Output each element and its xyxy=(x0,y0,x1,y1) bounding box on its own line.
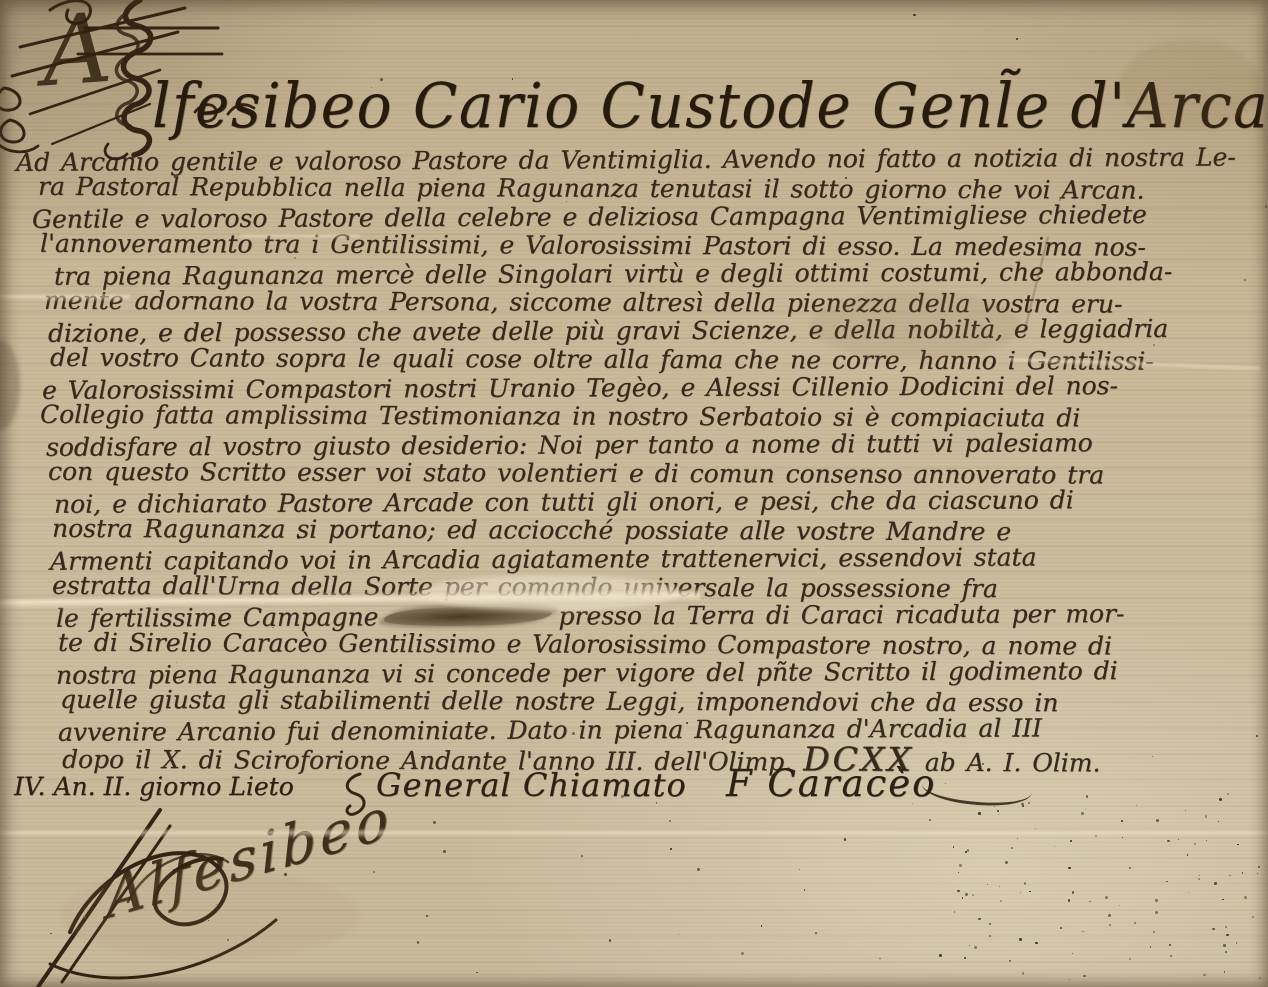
ink-speck xyxy=(1236,942,1238,944)
ink-speck xyxy=(1214,882,1216,884)
ink-speck xyxy=(1129,867,1131,869)
ink-speck xyxy=(879,958,880,959)
ink-speck xyxy=(958,872,959,873)
ink-speck xyxy=(959,864,961,866)
ink-speck xyxy=(1000,900,1002,902)
ink-speck xyxy=(1016,38,1018,40)
ink-speck xyxy=(1105,896,1108,899)
ink-speck xyxy=(957,890,960,893)
ink-speck xyxy=(1134,922,1136,924)
ink-speck xyxy=(965,893,967,895)
ink-speck xyxy=(799,869,801,871)
ink-speck xyxy=(1068,867,1071,870)
ink-speck xyxy=(1022,972,1024,974)
ink-speck xyxy=(1178,839,1179,840)
ink-speck xyxy=(978,918,981,921)
manuscript-page: A lfesibeo Cario Custode Genl̃e d'Arcadi… xyxy=(0,0,1268,987)
ink-speck xyxy=(969,945,970,946)
ink-speck xyxy=(1070,840,1072,842)
ink-speck xyxy=(964,957,966,959)
ink-speck xyxy=(1153,931,1155,933)
ink-speck xyxy=(987,884,988,885)
ink-speck xyxy=(954,911,956,913)
ink-speck xyxy=(1108,914,1111,917)
ink-speck xyxy=(670,848,671,849)
ink-speck xyxy=(1223,944,1225,946)
signature: Alfesibeo xyxy=(8,782,438,987)
ink-speck xyxy=(1011,847,1013,849)
ink-speck xyxy=(1229,875,1231,877)
ink-speck xyxy=(953,846,954,847)
ink-speck xyxy=(1252,916,1254,918)
ink-speck xyxy=(1194,843,1196,845)
ink-speck xyxy=(697,868,700,871)
ink-speck xyxy=(1242,872,1244,874)
line-17-after: presso la Terra di Caraci ricaduta per m… xyxy=(558,599,1124,630)
ink-speck xyxy=(678,934,679,935)
ink-speck xyxy=(1187,854,1189,856)
closing-name: F Caracèo xyxy=(726,762,936,805)
ink-speck xyxy=(1150,946,1151,947)
ink-speck xyxy=(815,932,817,934)
ink-speck xyxy=(967,849,970,852)
ink-speck xyxy=(1009,960,1010,961)
ink-speck xyxy=(1244,896,1247,899)
ink-speck xyxy=(1072,891,1075,894)
ink-speck xyxy=(989,923,992,926)
body-text: Ad Arcanio gentile e valoroso Pastore da… xyxy=(14,146,1268,773)
ink-speck xyxy=(913,14,915,16)
ink-speck xyxy=(1068,899,1070,901)
ink-speck xyxy=(1199,875,1200,876)
ink-speck xyxy=(1222,899,1223,900)
ink-speck xyxy=(974,946,977,949)
ink-speck xyxy=(443,850,446,853)
ink-speck xyxy=(1167,840,1170,843)
ink-speck xyxy=(1166,881,1167,882)
ink-speck xyxy=(1089,901,1091,903)
ink-speck xyxy=(1188,892,1189,893)
ink-speck xyxy=(972,894,974,896)
ink-speck xyxy=(1082,931,1084,933)
ink-speck xyxy=(1019,938,1022,941)
ink-speck xyxy=(1024,882,1026,884)
ink-speck xyxy=(1005,861,1008,864)
ink-speck xyxy=(804,889,806,891)
ink-speck xyxy=(1060,927,1062,929)
ink-speck xyxy=(1119,905,1120,906)
ink-speck xyxy=(1155,911,1158,914)
ink-speck xyxy=(1169,944,1170,945)
ink-speck xyxy=(989,935,991,937)
ink-speck xyxy=(1020,892,1021,893)
ink-speck xyxy=(761,925,763,927)
ink-speck xyxy=(1155,899,1158,902)
ink-speck xyxy=(999,886,1000,887)
text-line: avvenire Arcanio fui denominiate. Dato i… xyxy=(58,713,1268,747)
ink-speck xyxy=(1225,951,1227,953)
ink-speck xyxy=(1129,958,1131,960)
ink-speck xyxy=(1206,840,1208,842)
ink-speck xyxy=(1198,878,1200,880)
ink-speck xyxy=(1035,942,1038,945)
ink-speck xyxy=(1259,977,1261,979)
ink-speck xyxy=(1083,975,1085,977)
ink-speck xyxy=(1203,974,1205,976)
document-title: lfesibeo Cario Custode Genl̃e d'Arcadia xyxy=(152,70,1268,142)
ink-speck xyxy=(965,851,967,853)
ink-speck xyxy=(1054,846,1055,847)
ink-speck xyxy=(609,939,612,942)
ink-speck xyxy=(1017,838,1018,839)
ink-speck xyxy=(1069,979,1070,980)
ink-speck xyxy=(939,954,942,957)
ink-speck xyxy=(476,972,478,974)
ink-speck xyxy=(1257,873,1258,874)
ink-speck xyxy=(1226,934,1228,936)
ink-speck xyxy=(1225,926,1227,928)
ink-speck xyxy=(581,855,583,857)
struck-out-word xyxy=(384,605,552,628)
ink-speck xyxy=(1237,844,1239,846)
ink-speck xyxy=(1072,953,1073,954)
ink-speck xyxy=(1224,971,1225,972)
ink-speck xyxy=(1212,928,1215,931)
initial-letter: A xyxy=(38,0,115,108)
ink-speck xyxy=(962,897,963,898)
ink-speck xyxy=(844,838,847,841)
ink-speck xyxy=(741,952,744,955)
ink-speck xyxy=(1029,891,1031,893)
ink-speck xyxy=(1109,924,1110,925)
ink-speck xyxy=(1122,837,1123,838)
ink-speck xyxy=(1258,866,1260,868)
ink-speck xyxy=(1170,955,1172,957)
